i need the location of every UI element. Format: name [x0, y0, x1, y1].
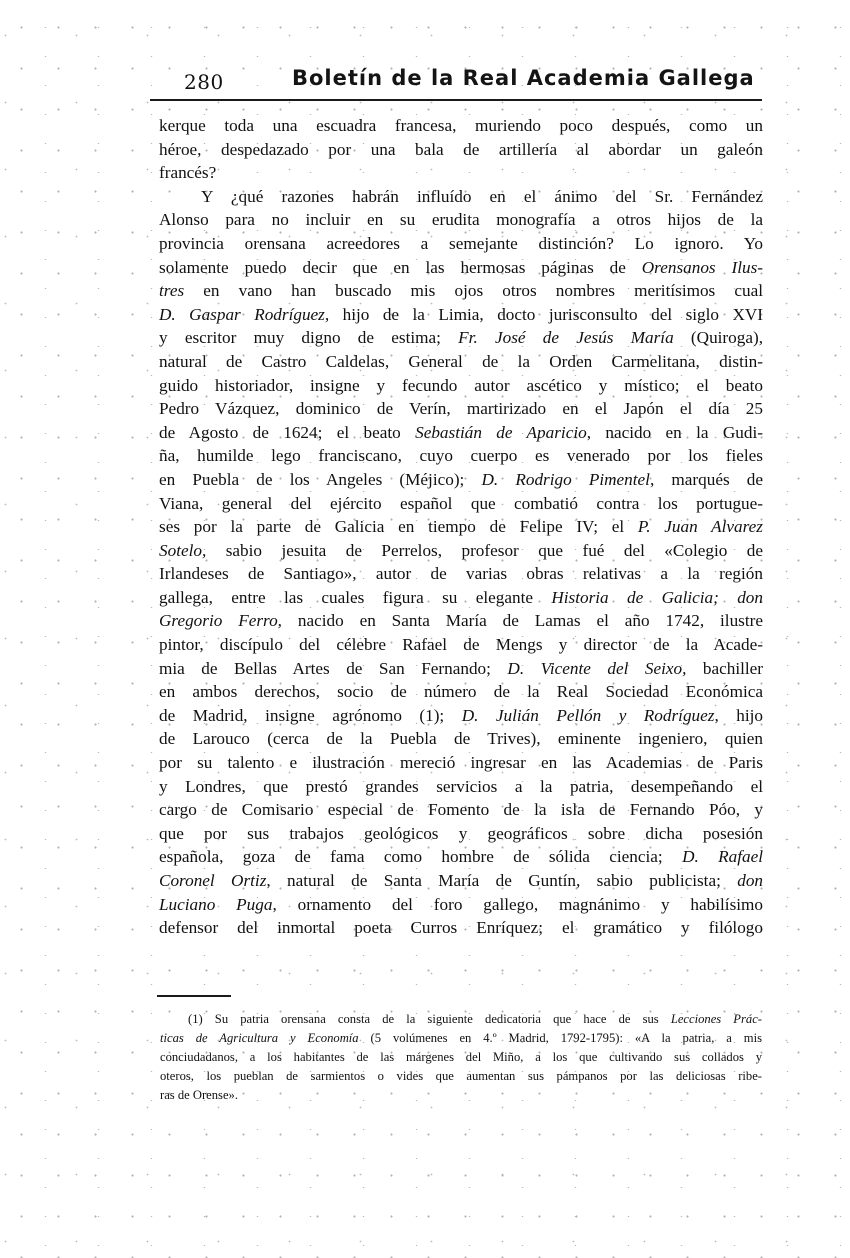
page-header: 280 Boletín de la Real Academia Gallega [158, 66, 762, 98]
text-segment: (Quiroga), [674, 328, 763, 347]
text-segment: que por sus trabajos geológicos y geográ… [159, 824, 763, 843]
text-segment: (1) Su patria orensana consta de la sigu… [188, 1012, 671, 1026]
text-segment: cargo de Comisario especial de Fomento d… [159, 800, 763, 819]
italic-segment: Sebastián de Aparicio [415, 423, 587, 442]
text-segment: Irlandeses de Santiago», autor de varias… [159, 564, 763, 583]
text-segment: Y ¿qué razones habrán influído en el áni… [201, 187, 763, 206]
text-line: Viana, general del ejército español que … [159, 492, 763, 516]
text-segment: de Larouco (cerca de la Puebla de Trives… [159, 729, 763, 748]
text-line: en Puebla de los Angeles (Méjico); D. Ro… [159, 468, 763, 492]
text-segment: en vano han buscado mis ojos otros nombr… [184, 281, 763, 300]
text-segment: de Agosto de 1624; el beato [159, 423, 415, 442]
text-line: y escritor muy digno de estima; Fr. José… [159, 326, 763, 350]
text-segment: gallega, entre las cuales figura su eleg… [159, 588, 551, 607]
text-line: Coronel Ortiz, natural de Santa María de… [159, 869, 763, 893]
page-number: 280 [184, 70, 224, 94]
footnote-rule [157, 995, 231, 997]
text-segment: natural de Castro Caldelas, General de l… [159, 352, 763, 371]
text-line: kerque toda una escuadra francesa, murie… [159, 114, 763, 138]
text-segment: ras de Orense». [160, 1088, 238, 1102]
text-segment: , hijo de la Limia, docto jurisconsulto … [325, 305, 763, 324]
text-segment: española, goza de fama como hombre de só… [159, 847, 682, 866]
text-segment: defensor del inmortal poeta Curros Enríq… [159, 918, 763, 937]
text-line: oteros, los pueblan de sarmientos o vide… [160, 1067, 762, 1086]
text-segment: guido historiador, insigne y fecundo aut… [159, 376, 763, 395]
text-line: Irlandeses de Santiago», autor de varias… [159, 562, 763, 586]
text-line: y Londres, que prestó grandes servicios … [159, 775, 763, 799]
text-line: francés? [159, 161, 763, 185]
text-line: gallega, entre las cuales figura su eleg… [159, 586, 763, 610]
italic-segment: Fr. José de Jesús María [458, 328, 674, 347]
text-segment: y Londres, que prestó grandes servicios … [159, 777, 763, 796]
running-title: Boletín de la Real Academia Gallega [292, 66, 755, 90]
text-segment: , hijo [714, 706, 763, 725]
text-line: Gregorio Ferro, nacido en Santa María de… [159, 609, 763, 633]
italic-segment: Sotelo, [159, 541, 206, 560]
text-segment: ses por la parte de Galicia en tiempo de… [159, 517, 638, 536]
italic-segment: D. Julián Pellón y Rodríguez [462, 706, 715, 725]
text-line: española, goza de fama como hombre de só… [159, 845, 763, 869]
text-line: Y ¿qué razones habrán influído en el áni… [159, 185, 763, 209]
text-line: defensor del inmortal poeta Curros Enríq… [159, 916, 763, 940]
text-segment: Pedro Vázquez, dominico de Verín, martir… [159, 399, 763, 418]
text-segment: bachiller [686, 659, 763, 678]
text-line: por su talento e ilustración mereció ing… [159, 751, 763, 775]
text-line: pintor, discípulo del célebre Rafael de … [159, 633, 763, 657]
text-segment: por su talento e ilustración mereció ing… [159, 753, 763, 772]
text-segment: de Madrid, insigne agrónomo (1); [159, 706, 462, 725]
text-line: en ambos derechos, socio de número de la… [159, 680, 763, 704]
text-line: ses por la parte de Galicia en tiempo de… [159, 515, 763, 539]
text-segment: Viana, general del ejército español que … [159, 494, 763, 513]
italic-segment: D. Vicente del Seixo, [507, 659, 686, 678]
italic-segment: don [737, 871, 763, 890]
italic-segment: Orensanos Ilus- [642, 258, 763, 277]
footnote: (1) Su patria orensana consta de la sigu… [160, 1010, 762, 1105]
text-line: cargo de Comisario especial de Fomento d… [159, 798, 763, 822]
text-line: Sotelo, sabio jesuita de Perrelos, profe… [159, 539, 763, 563]
italic-segment: D. Gaspar Rodríguez [159, 305, 325, 324]
text-segment: francés? [159, 163, 216, 182]
text-segment: solamente puedo decir que en las hermosa… [159, 258, 642, 277]
text-line: de Larouco (cerca de la Puebla de Trives… [159, 727, 763, 751]
italic-segment: P. Juan Alvarez [638, 517, 763, 536]
italic-segment: D. Rodrigo Pimentel [482, 470, 650, 489]
italic-segment: D. Rafael [682, 847, 763, 866]
text-line: de Madrid, insigne agrónomo (1); D. Juli… [159, 704, 763, 728]
text-line: conciudadanos, a los habitantes de las m… [160, 1048, 762, 1067]
text-segment: Alonso para no incluir en su erudita mon… [159, 210, 763, 229]
text-segment: en Puebla de los Angeles (Méjico); [159, 470, 482, 489]
text-segment: conciudadanos, a los habitantes de las m… [160, 1050, 762, 1064]
text-line: natural de Castro Caldelas, General de l… [159, 350, 763, 374]
text-segment: héroe, despedazado por una bala de artil… [159, 140, 763, 159]
italic-segment: Gregorio Ferro, [159, 611, 282, 630]
text-segment: ña, humilde lego franciscano, cuyo cuerp… [159, 446, 763, 465]
text-line: mia de Bellas Artes de San Fernando; D. … [159, 657, 763, 681]
text-line: Luciano Puga, ornamento del foro gallego… [159, 893, 763, 917]
text-line: ras de Orense». [160, 1086, 762, 1105]
italic-segment: Coronel Ortiz [159, 871, 266, 890]
text-segment: y escritor muy digno de estima; [159, 328, 458, 347]
text-line: que por sus trabajos geológicos y geográ… [159, 822, 763, 846]
text-line: de Agosto de 1624; el beato Sebastián de… [159, 421, 763, 445]
text-segment: kerque toda una escuadra francesa, murie… [159, 116, 763, 135]
italic-segment: Luciano Puga [159, 895, 272, 914]
text-line: héroe, despedazado por una bala de artil… [159, 138, 763, 162]
text-line: Pedro Vázquez, dominico de Verín, martir… [159, 397, 763, 421]
text-segment: mia de Bellas Artes de San Fernando; [159, 659, 507, 678]
text-segment: provincia orensana acreedores a semejant… [159, 234, 763, 253]
text-segment: en ambos derechos, socio de número de la… [159, 682, 763, 701]
header-rule [150, 99, 762, 101]
text-line: ña, humilde lego franciscano, cuyo cuerp… [159, 444, 763, 468]
text-line: Alonso para no incluir en su erudita mon… [159, 208, 763, 232]
text-segment: , ornamento del foro gallego, magnánimo … [272, 895, 763, 914]
italic-segment: ticas de Agricultura y Economía [160, 1031, 359, 1045]
body-text: kerque toda una escuadra francesa, murie… [159, 114, 763, 940]
italic-segment: Lecciones Prác- [671, 1012, 762, 1026]
text-line: (1) Su patria orensana consta de la sigu… [160, 1010, 762, 1029]
italic-segment: tres [159, 281, 184, 300]
text-line: tres en vano han buscado mis ojos otros … [159, 279, 763, 303]
text-line: guido historiador, insigne y fecundo aut… [159, 374, 763, 398]
text-segment: , nacido en la Gudi- [587, 423, 763, 442]
text-segment: sabio jesuita de Perrelos, profesor que … [206, 541, 763, 560]
text-line: provincia orensana acreedores a semejant… [159, 232, 763, 256]
text-segment: pintor, discípulo del célebre Rafael de … [159, 635, 763, 654]
text-segment: oteros, los pueblan de sarmientos o vide… [160, 1069, 762, 1083]
text-segment: , marqués de [650, 470, 763, 489]
text-segment: nacido en Santa María de Lamas el año 17… [282, 611, 763, 630]
italic-segment: Historia de Galicia; don [551, 588, 763, 607]
text-line: D. Gaspar Rodríguez, hijo de la Limia, d… [159, 303, 763, 327]
text-segment: (5 volúmenes en 4.º Madrid, 1792-1795): … [359, 1031, 762, 1045]
text-line: solamente puedo decir que en las hermosa… [159, 256, 763, 280]
text-line: ticas de Agricultura y Economía (5 volúm… [160, 1029, 762, 1048]
text-segment: , natural de Santa María de Guntín, sabi… [266, 871, 737, 890]
